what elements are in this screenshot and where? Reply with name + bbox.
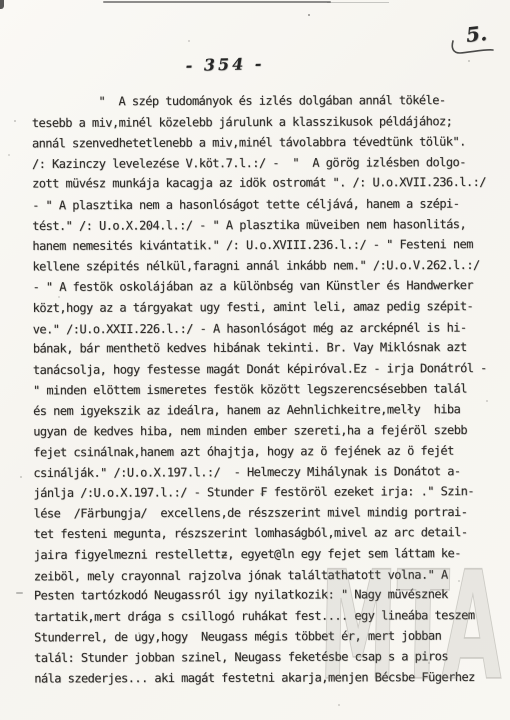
handwritten-page-header: - 354 - [0, 49, 450, 80]
scan-artifact-corner [0, 0, 4, 9]
text-line: talál: Stunder jobban szinel, Neugass fe… [34, 646, 496, 669]
text-line: bának, bár menthetö kedves hibának tekin… [33, 337, 495, 359]
text-line: Stunderrel, de ugy,hogy Neugass mégis tö… [34, 626, 496, 649]
text-line: nála szederjes... aki magát festetni aka… [34, 667, 496, 689]
text-line: tanácsolja, hogy festesse magát Donát ké… [33, 358, 495, 381]
page-number-underline-stroke [450, 40, 496, 58]
text-line: lése /Färbungja/ excellens,de részszerin… [34, 502, 496, 524]
text-line: - " A plasztika nem a hasonlóságot tette… [32, 193, 494, 216]
text-line: zott müvész munkája kacagja az idök ostr… [32, 172, 494, 194]
text-line: hanem nemesités kivántatik." /: U.o.XVII… [32, 234, 494, 257]
paper-speckles [308, 14, 310, 16]
text-line: tesebb a miv,minél közelebb járulunk a k… [32, 111, 494, 134]
typewritten-text-block: " A szép tudományok és izlés dolgában an… [32, 90, 497, 689]
text-line: - " A festök oskolájában az a különbség … [33, 275, 495, 298]
document-page: 5. - 354 - " A szép tudományok és izlés … [0, 0, 510, 720]
text-line: /: Kazinczy levelezése V.köt.7.l.:/ - " … [32, 152, 494, 175]
text-line: Pesten tartózkodó Neugassról igy nyilatk… [34, 584, 496, 606]
text-line: csinálják." /:U.o.X.197.l.:/ - Helmeczy … [33, 461, 495, 484]
scan-artifact-top-edge-2 [327, 2, 389, 3]
text-line: " A szép tudományok és izlés dolgában an… [32, 90, 494, 112]
text-line: közt,hogy az a tárgyakat ugy festi, amin… [33, 296, 495, 319]
text-line: " minden elöttem ismeretes festök között… [33, 379, 495, 402]
text-line: kellene szépités nélkül,faragni annál in… [32, 255, 494, 277]
text-line: tartatik,mert drága s csillogó ruhákat f… [34, 605, 496, 628]
text-line: ugyan de kedves hiba, nem minden ember s… [33, 419, 495, 441]
margin-mark [16, 592, 23, 594]
text-line: tést." /: U.o.X.204.l.:/ - " A plasztika… [32, 214, 494, 237]
text-line: és nem igyekszik az ideálra, hanem az Ae… [33, 399, 495, 422]
text-line: tet festeni megunta, részszerint lomhasá… [34, 522, 496, 545]
text-line: annál szenvedhetetlenebb a miv,minél táv… [32, 132, 494, 155]
scan-artifact-top-edge [103, 1, 331, 3]
text-line: jánlja /:U.o.X.197.l.:/ - Stunder ₣ fest… [33, 481, 495, 504]
text-line: jaira figyelmezni restellettƶ, egyet@ln … [34, 543, 496, 566]
text-line: fejet csinálnak,hanem azt óhajtja, hogy … [33, 440, 495, 463]
